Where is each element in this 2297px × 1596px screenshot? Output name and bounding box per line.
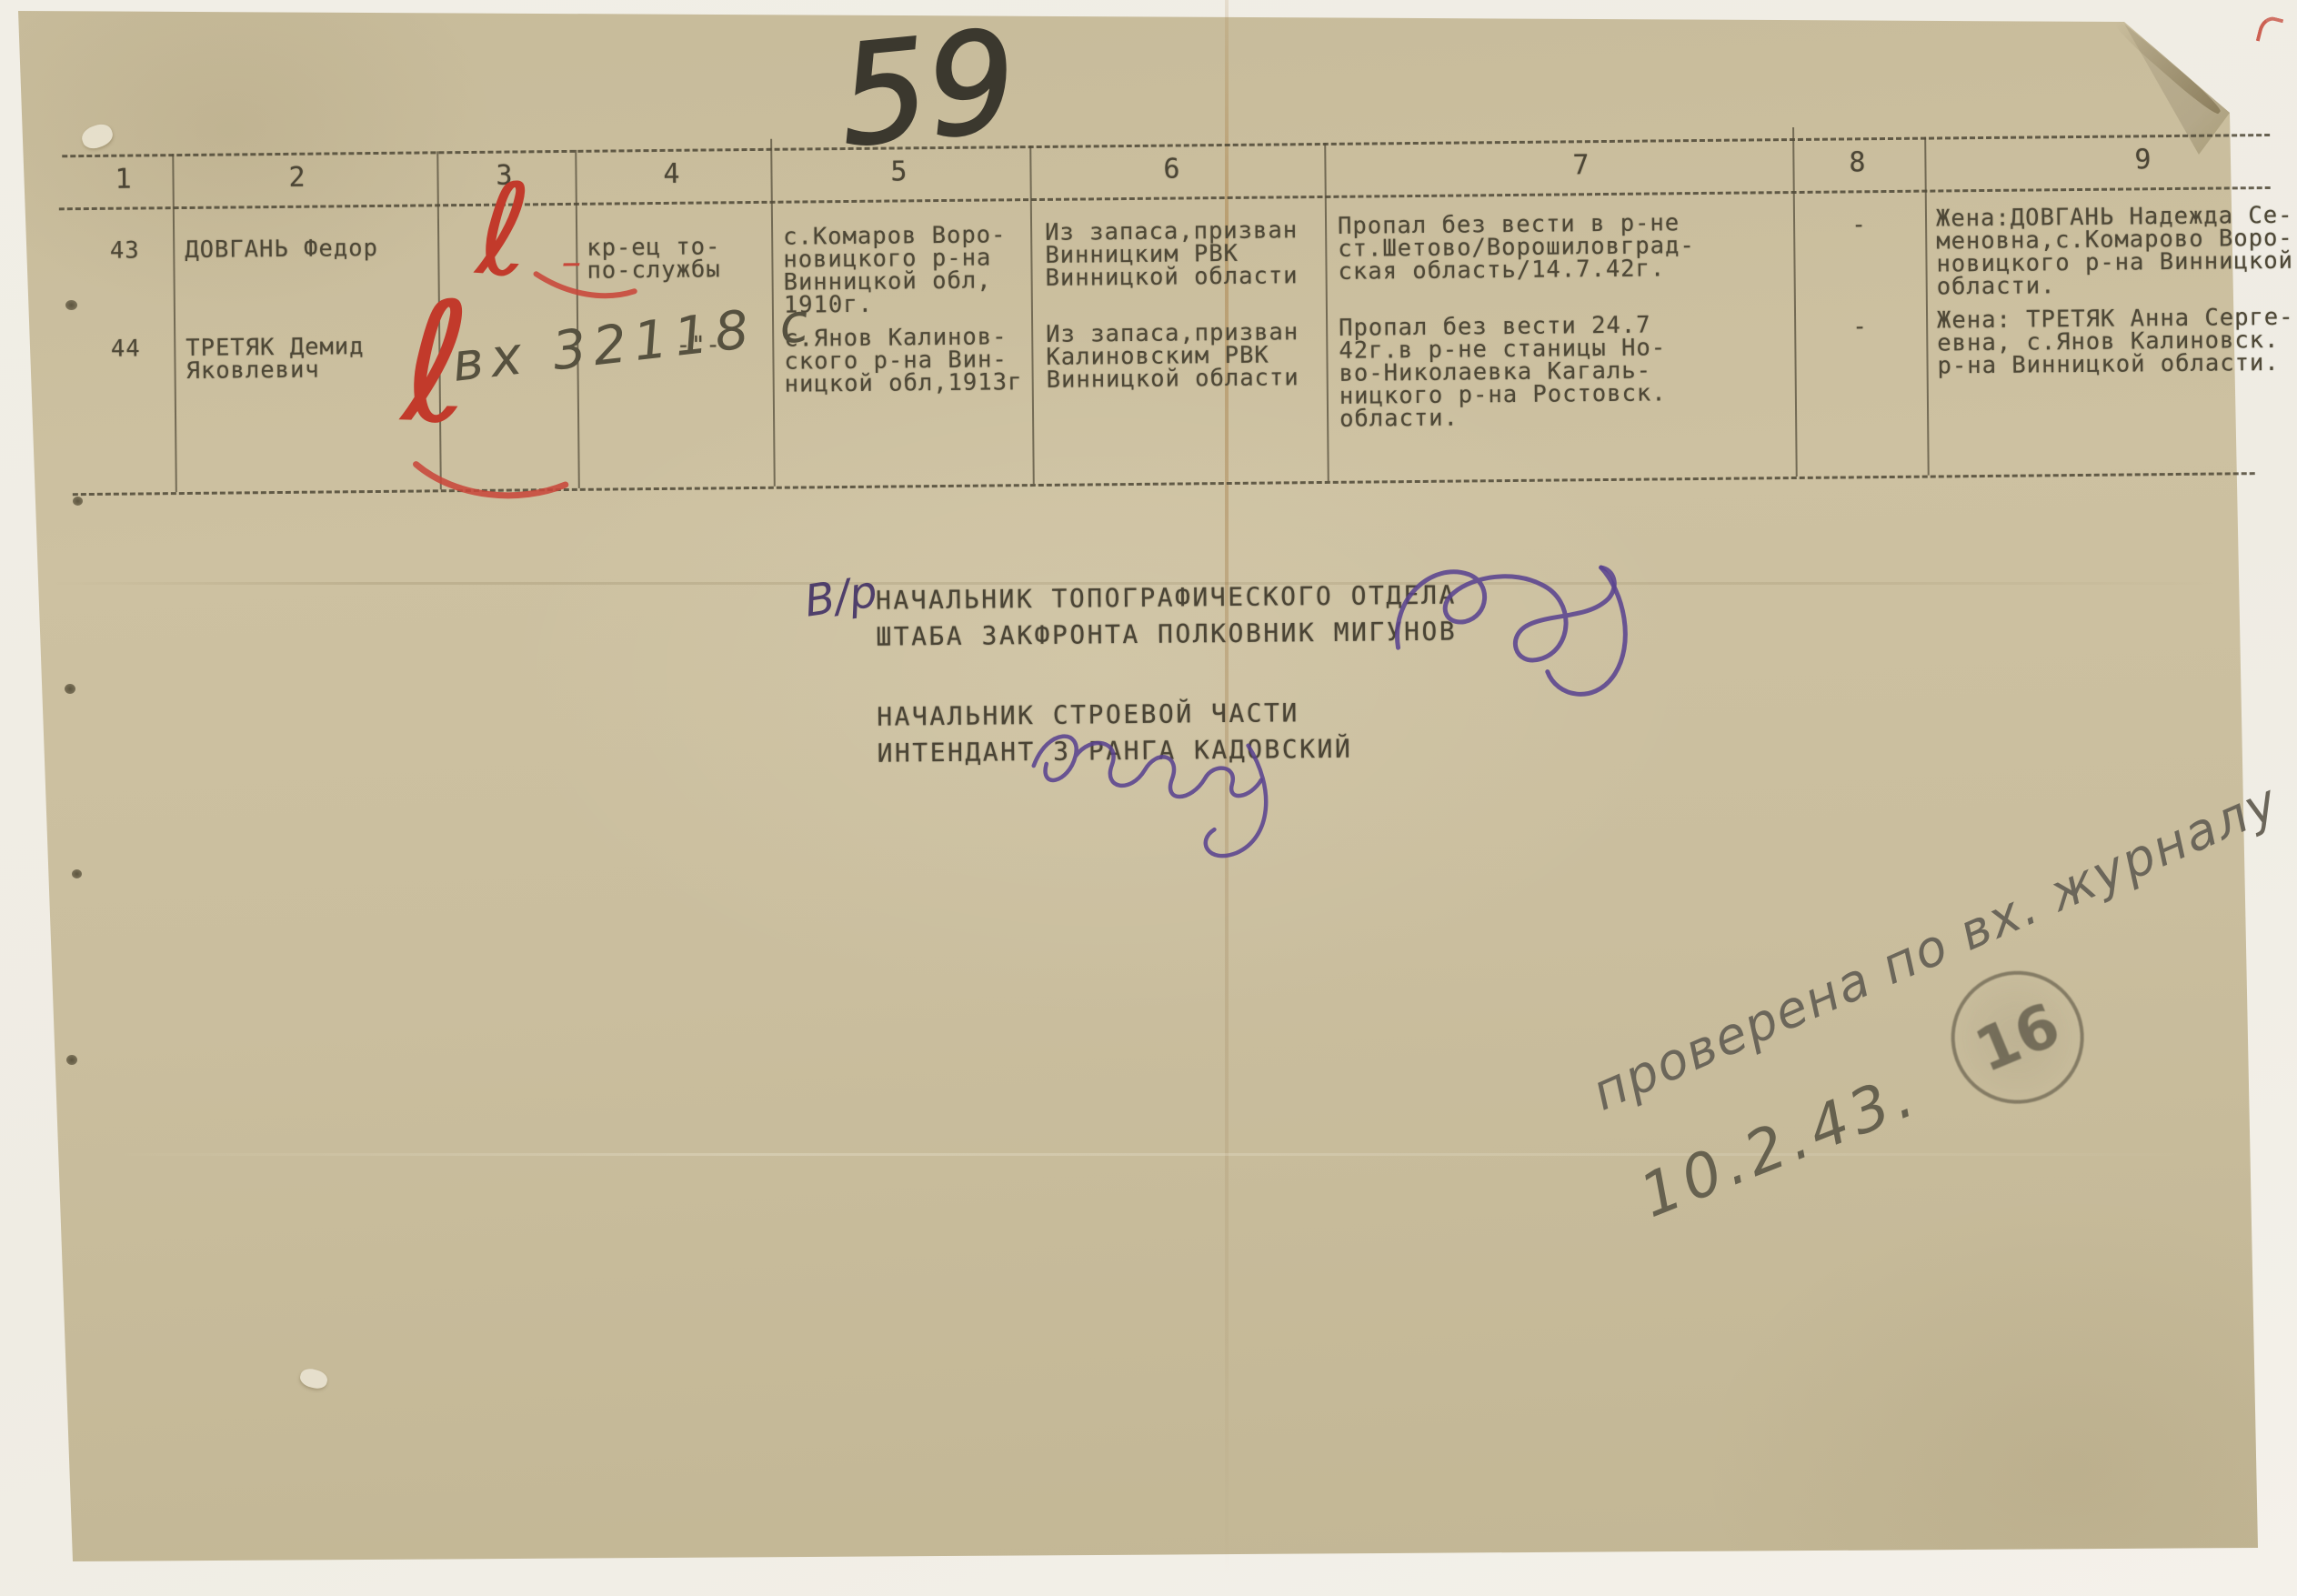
red-grade-mark-row43: ℓ: [474, 173, 533, 290]
signature-migunov: [1384, 543, 1659, 709]
handwritten-acting-prefix: В/р: [801, 566, 880, 627]
stamp-number: 16: [1965, 989, 2069, 1086]
signature-block-line1: НАЧАЛЬНИК ТОПОГРАФИЧЕСКОГО ОТДЕЛА: [876, 580, 1457, 616]
table-bottom-rule: [73, 472, 2255, 496]
pencil-verification-note: проверена по вх. журналу: [1583, 772, 2287, 1122]
document-content: 59 1 2 3 4 5 6 7 8 9 43 ДОВГАНЬ Федор кр…: [0, 0, 2297, 1596]
row43-birthplace: с.Комаров Воро- новицкого р-на Винницкой…: [783, 224, 1007, 316]
row44-family: Жена: ТРЕТЯК Анна Серге- евна, с.Янов Ка…: [1937, 306, 2294, 378]
row43-fate: Пропал без вести в р-не ст.Шетово/Вороши…: [1338, 212, 1695, 284]
column-header-9: 9: [2115, 144, 2170, 176]
red-swoosh-row43: [532, 264, 641, 310]
signature-kadovsky: [1018, 705, 1320, 880]
column-header-1: 1: [95, 163, 150, 196]
row43-col8: -: [1802, 214, 1916, 237]
row43-name: ДОВГАНЬ Федор: [185, 237, 378, 262]
table-column-rule-5: [1029, 146, 1035, 484]
table-column-rule-1: [172, 154, 177, 492]
table-column-rule-6: [1324, 143, 1329, 481]
row44-number: 44: [87, 337, 164, 361]
red-swoosh-row44: [410, 450, 575, 516]
row44-birthplace: с.Янов Калинов- ского р-на Вин- ницкой о…: [784, 326, 1022, 396]
table-column-rule-8: [1924, 137, 1930, 476]
column-header-2: 2: [269, 162, 324, 195]
row44-drafted-by: Из запаса,призван Калиновским РВК Винниц…: [1046, 321, 1299, 392]
scanned-document-scene: 59 1 2 3 4 5 6 7 8 9 43 ДОВГАНЬ Федор кр…: [0, 0, 2297, 1596]
column-header-5: 5: [871, 156, 926, 188]
row43-number: 43: [86, 239, 163, 263]
column-header-6: 6: [1144, 153, 1199, 186]
column-header-8: 8: [1830, 146, 1884, 179]
row44-name: ТРЕТЯК Демид Яковлевич: [186, 336, 365, 383]
row43-drafted-by: Из запаса,призван Винницким РВК Винницко…: [1045, 219, 1299, 290]
row43-family: Жена:ДОВГАНЬ Надежда Се- меновна,с.Комар…: [1936, 205, 2293, 299]
column-header-4: 4: [644, 158, 698, 191]
round-stamp: 16: [1942, 962, 2093, 1113]
handwritten-page-number: 59: [832, 0, 1023, 177]
signature-block-line2: ШТАБА ЗАКФРОНТА ПОЛКОВНИК МИГУНОВ: [876, 617, 1457, 652]
row44-col8: -: [1803, 316, 1917, 339]
column-header-7: 7: [1553, 149, 1608, 182]
row44-fate: Пропал без вести 24.7 42г.в р-не станицы…: [1339, 314, 1667, 430]
table-column-rule-7: [1792, 127, 1798, 477]
